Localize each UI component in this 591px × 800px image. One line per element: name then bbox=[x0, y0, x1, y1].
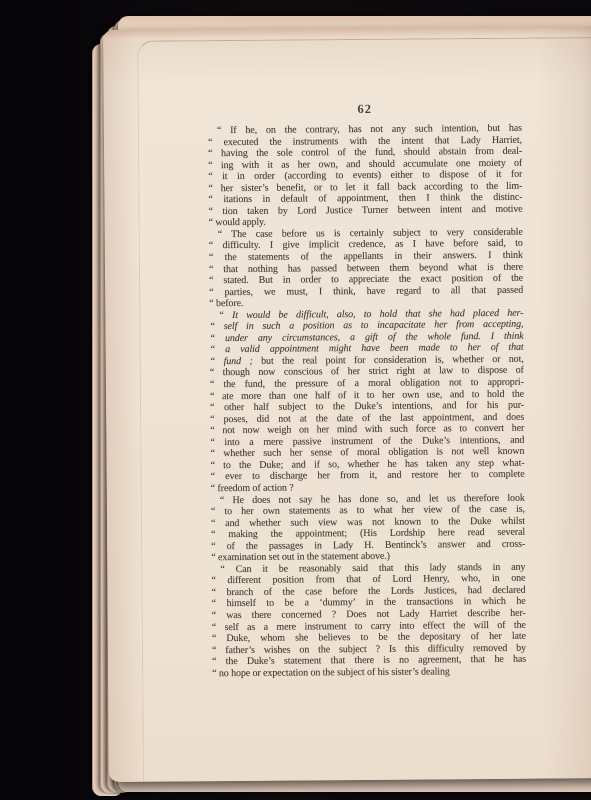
page-number: 62 bbox=[208, 101, 522, 118]
paragraph: “ Can it be reasonably said that this la… bbox=[211, 561, 526, 679]
book-scan: 62 “ If he, on the contrary, has not any… bbox=[0, 0, 591, 800]
body-text: “ before. bbox=[209, 298, 243, 309]
body-text: “ tion taken by Lord Justice Turner betw… bbox=[208, 204, 522, 217]
text-block: “ If he, on the contrary, has not any su… bbox=[208, 123, 526, 680]
paragraph: “ The case before us is certainly subjec… bbox=[209, 227, 524, 310]
body-text: “ ever to discharge her from it, and res… bbox=[211, 469, 525, 482]
paragraph: “ It would be difficult, also, to hold t… bbox=[209, 307, 524, 494]
body-text: “ parties, we must, I think, have regard… bbox=[209, 284, 523, 297]
body-text: “ of the passages in Lady H. Bentinck’s … bbox=[211, 538, 525, 551]
italic-text: “ fund ; bbox=[210, 356, 262, 367]
text-line: “ ever to discharge her from it, and res… bbox=[211, 469, 525, 483]
book-page: 62 “ If he, on the contrary, has not any… bbox=[103, 26, 591, 782]
body-text: “ no hope or expectation on the subject … bbox=[212, 666, 450, 679]
body-text: “ the Duke’s statement that there is no … bbox=[212, 654, 526, 667]
paragraph: “ If he, on the contrary, has not any su… bbox=[208, 123, 523, 229]
paragraph: “ He does not say he has done so, and le… bbox=[211, 492, 526, 564]
body-text: “ would apply. bbox=[209, 217, 266, 228]
body-text: “ examination set out in the statement a… bbox=[211, 551, 390, 563]
body-text: “ freedom of action ? bbox=[211, 482, 294, 494]
text-line: “ no hope or expectation on the subject … bbox=[212, 665, 526, 679]
